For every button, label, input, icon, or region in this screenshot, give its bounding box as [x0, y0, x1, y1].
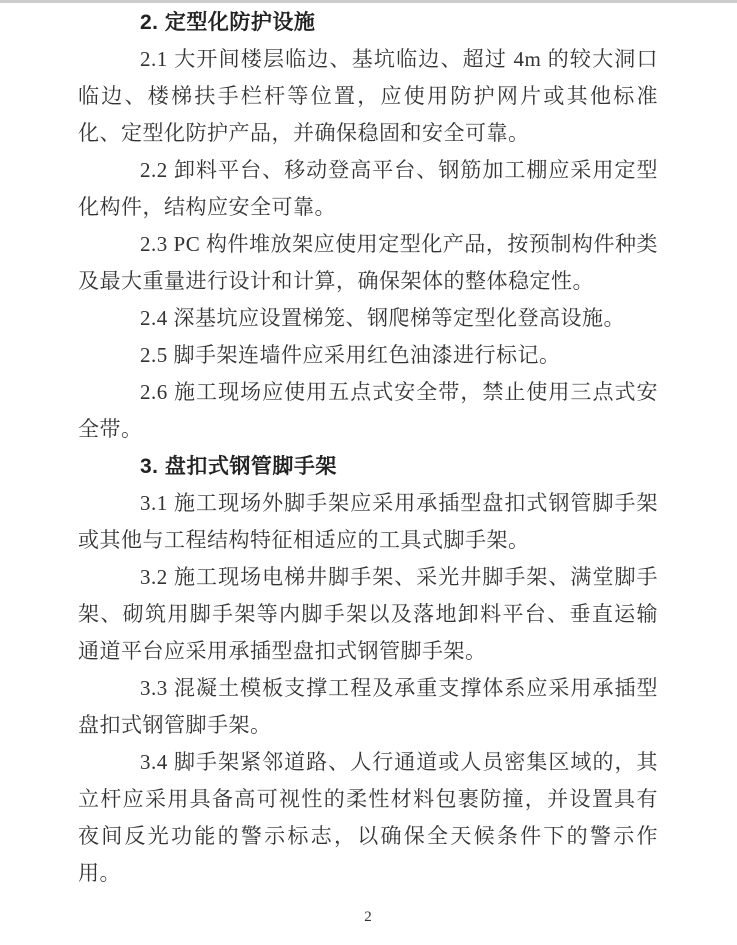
paragraph-2-6: 2.6 施工现场应使用五点式安全带，禁止使用三点式安全带。	[78, 374, 658, 448]
document-page: 2. 定型化防护设施 2.1 大开间楼层临边、基坑临边、超过 4m 的较大洞口临…	[0, 3, 737, 927]
page-number: 2	[78, 907, 658, 927]
paragraph-3-4: 3.4 脚手架紧邻道路、人行通道或人员密集区域的，其立杆应采用具备高可视性的柔性…	[78, 744, 658, 892]
section-heading-3: 3. 盘扣式钢管脚手架	[78, 448, 658, 485]
paragraph-3-1: 3.1 施工现场外脚手架应采用承插型盘扣式钢管脚手架或其他与工程结构特征相适应的…	[78, 485, 658, 559]
paragraph-3-3: 3.3 混凝土模板支撑工程及承重支撑体系应采用承插型盘扣式钢管脚手架。	[78, 670, 658, 744]
paragraph-2-5: 2.5 脚手架连墙件应采用红色油漆进行标记。	[78, 337, 658, 374]
paragraph-2-3: 2.3 PC 构件堆放架应使用定型化产品，按预制构件种类及最大重量进行设计和计算…	[78, 226, 658, 300]
paragraph-2-4: 2.4 深基坑应设置梯笼、钢爬梯等定型化登高设施。	[78, 300, 658, 337]
section-heading-2: 2. 定型化防护设施	[78, 4, 658, 41]
paragraph-2-1: 2.1 大开间楼层临边、基坑临边、超过 4m 的较大洞口临边、楼梯扶手栏杆等位置…	[78, 41, 658, 152]
paragraph-3-2: 3.2 施工现场电梯井脚手架、采光井脚手架、满堂脚手架、砌筑用脚手架等内脚手架以…	[78, 559, 658, 670]
paragraph-2-2: 2.2 卸料平台、移动登高平台、钢筋加工棚应采用定型化构件，结构应安全可靠。	[78, 152, 658, 226]
